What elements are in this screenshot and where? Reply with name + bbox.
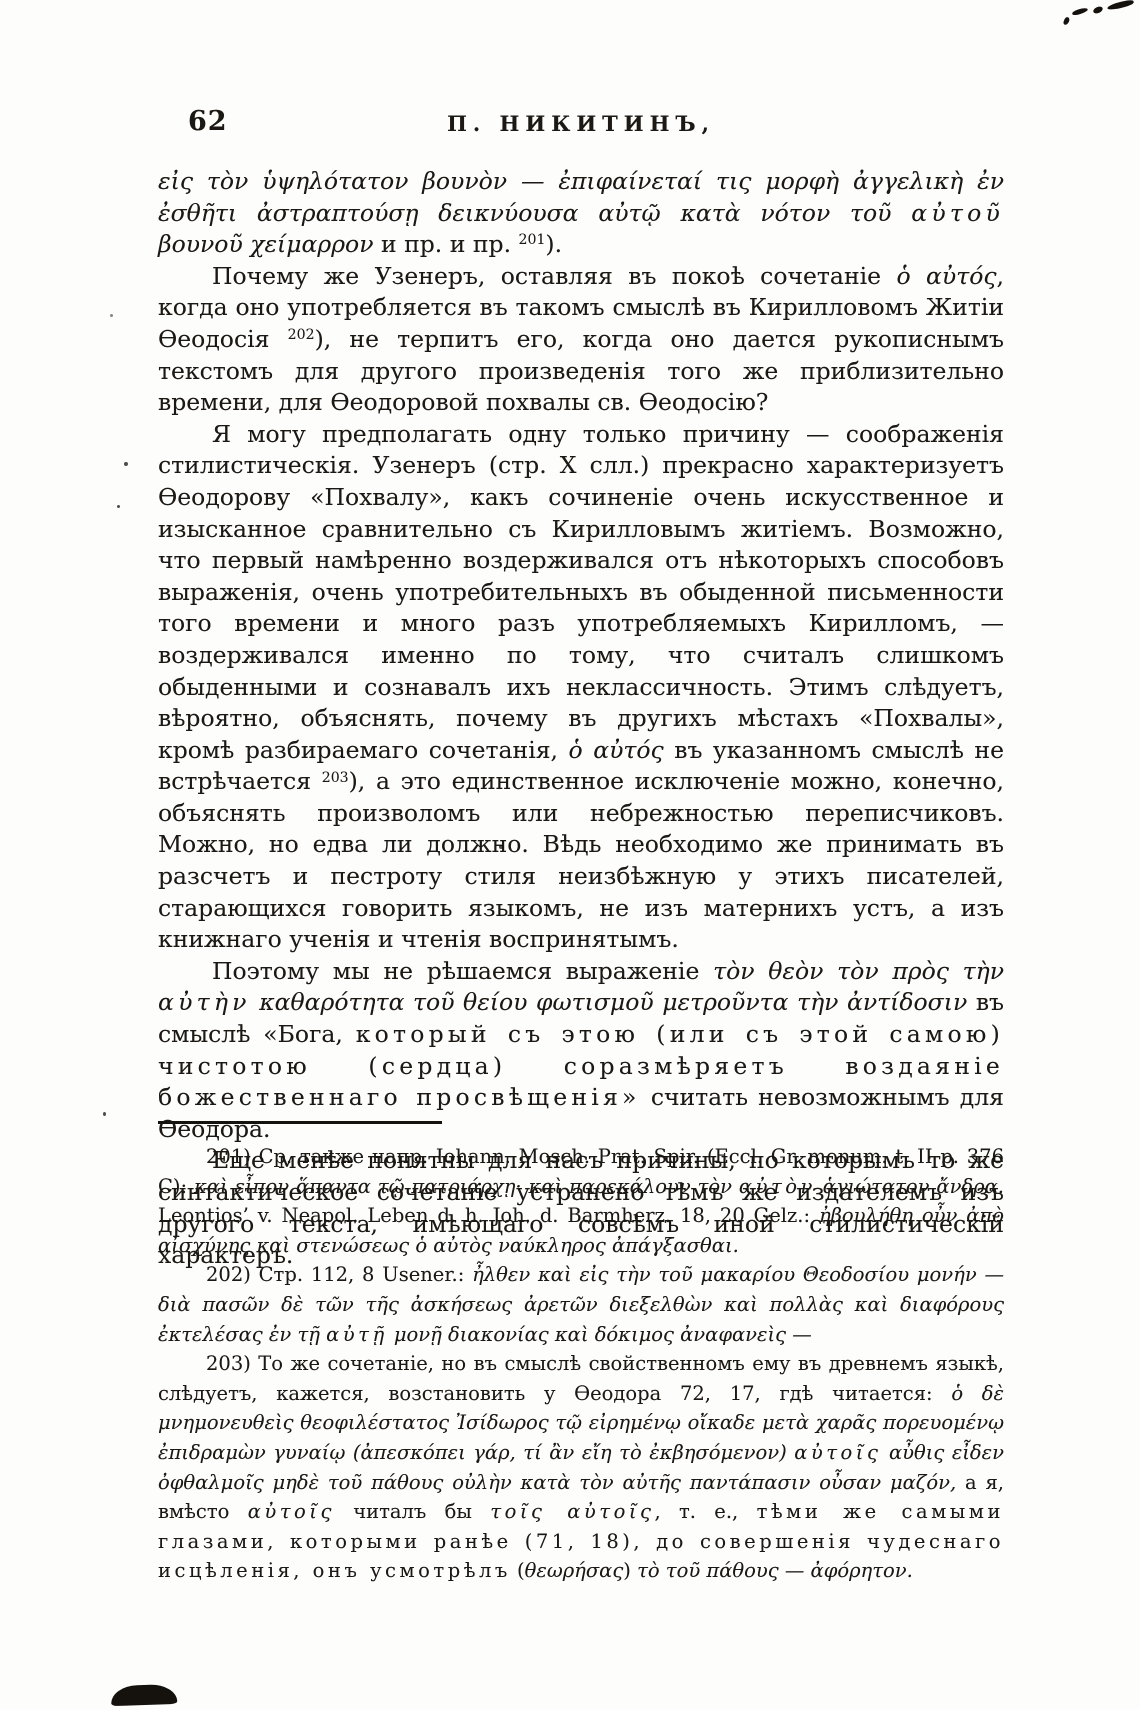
running-head: П. НИКИТИНЪ, bbox=[158, 111, 1004, 136]
scan-speck bbox=[499, 845, 503, 849]
scan-speck bbox=[124, 462, 128, 466]
greek-text: θεωρήσας bbox=[525, 1559, 624, 1582]
scanned-page: 62 П. НИКИТИНЪ, εἰς τὸν ὑψηλότατον βουνὸ… bbox=[0, 0, 1140, 1710]
greek-text: αὐτὸν bbox=[739, 1175, 816, 1198]
footnote-separator bbox=[158, 1121, 442, 1124]
text-run: ) bbox=[623, 1559, 637, 1582]
greek-text: ὁ αὐτός bbox=[896, 262, 996, 290]
scan-speck bbox=[103, 1112, 106, 1116]
scan-speck bbox=[117, 505, 120, 508]
greek-text: αὐτοῖς bbox=[794, 1441, 881, 1464]
ink-smudge bbox=[1107, 0, 1135, 11]
scan-speck bbox=[110, 314, 113, 317]
footnote-ref: 201 bbox=[519, 232, 546, 248]
greek-text: τὸ τοῦ πάθους — ἀφόρητον. bbox=[637, 1559, 913, 1582]
text-run: Я могу предполагать одну только причину … bbox=[158, 420, 1004, 764]
footnote: 202) Стр. 112, 8 Usener.: ἦλθεν καὶ εἰς … bbox=[158, 1260, 1004, 1349]
greek-text: αὐτὴν bbox=[158, 988, 251, 1016]
footnote: 201) Ср. также напр. Iohann. Mosch. Prat… bbox=[158, 1142, 1004, 1260]
text-run: и пр. и пр. bbox=[373, 230, 518, 258]
text-run: 202) Стр. 112, 8 Usener.: bbox=[206, 1263, 472, 1286]
greek-text: τοῖς αὐτοῖς bbox=[490, 1500, 654, 1523]
greek-text: αὐτοῦ bbox=[911, 199, 1004, 227]
greek-text: ἁγιώτατον ἄνδρα. bbox=[816, 1175, 1004, 1198]
paragraph: εἰς τὸν ὑψηλότατον βουνὸν — ἐπιφαίνεταί … bbox=[158, 166, 1004, 261]
page-header: 62 П. НИКИТИНЪ, bbox=[158, 104, 1004, 146]
ink-smudge bbox=[1092, 5, 1104, 15]
paragraph: Поэтому мы не рѣшаемся выраженіе τὸν θεὸ… bbox=[158, 956, 1004, 1146]
text-run: 203) То же сочетаніе, но въ смыслѣ свойс… bbox=[158, 1352, 1004, 1405]
footnote-ref: 203 bbox=[322, 770, 349, 786]
greek-text: ὁ αὐτός bbox=[569, 736, 664, 764]
footnotes: 201) Ср. также напр. Iohann. Mosch. Prat… bbox=[158, 1142, 1004, 1586]
greek-text: καθαρότητα τοῦ θείου φωτισμοῦ μετροῦντα … bbox=[251, 988, 968, 1016]
text-run: Поэтому мы не рѣшаемся выраженіе bbox=[212, 957, 713, 985]
text-run: , т. е., bbox=[654, 1500, 756, 1523]
greek-text: βουνοῦ χείμαρρον bbox=[158, 230, 373, 258]
greek-text: τὸν θεὸν τὸν πρὸς τὴν bbox=[713, 957, 1004, 985]
greek-text: αὐτῇ bbox=[326, 1323, 388, 1346]
footnote-ref: 202 bbox=[288, 327, 315, 343]
text-run: Leontios’ v. Neapol. Leben d. h. Joh. d.… bbox=[158, 1204, 819, 1227]
footnote: 203) То же сочетаніе, но въ смыслѣ свойс… bbox=[158, 1349, 1004, 1586]
text-run: ( bbox=[511, 1559, 525, 1582]
ink-smudge bbox=[1063, 16, 1071, 25]
greek-text: εἰς τὸν ὑψηλότατον βουνὸν — ἐπιφαίνεταί … bbox=[158, 167, 1004, 227]
greek-text: μονῇ διακονίας καὶ δόκιμος ἀναφανεὶς — bbox=[388, 1323, 812, 1346]
greek-text: καὶ εἶπον ἅπαντα τῷ πατριάρχῃ· καὶ παρεκ… bbox=[194, 1175, 739, 1198]
text-run: Почему же Узенеръ, оставляя въ покоѣ соч… bbox=[212, 262, 896, 290]
paragraph: Я могу предполагать одну только причину … bbox=[158, 419, 1004, 956]
paragraph: Почему же Узенеръ, оставляя въ покоѣ соч… bbox=[158, 261, 1004, 419]
scan-blob bbox=[111, 1684, 178, 1706]
greek-text: αὐτοῖς bbox=[248, 1500, 335, 1523]
text-run: читалъ бы bbox=[335, 1500, 490, 1523]
ink-smudge bbox=[1072, 7, 1089, 17]
text-run: ). bbox=[545, 230, 562, 258]
main-text: εἰς τὸν ὑψηλότατον βουνὸν — ἐπιφαίνεταί … bbox=[158, 166, 1004, 1272]
